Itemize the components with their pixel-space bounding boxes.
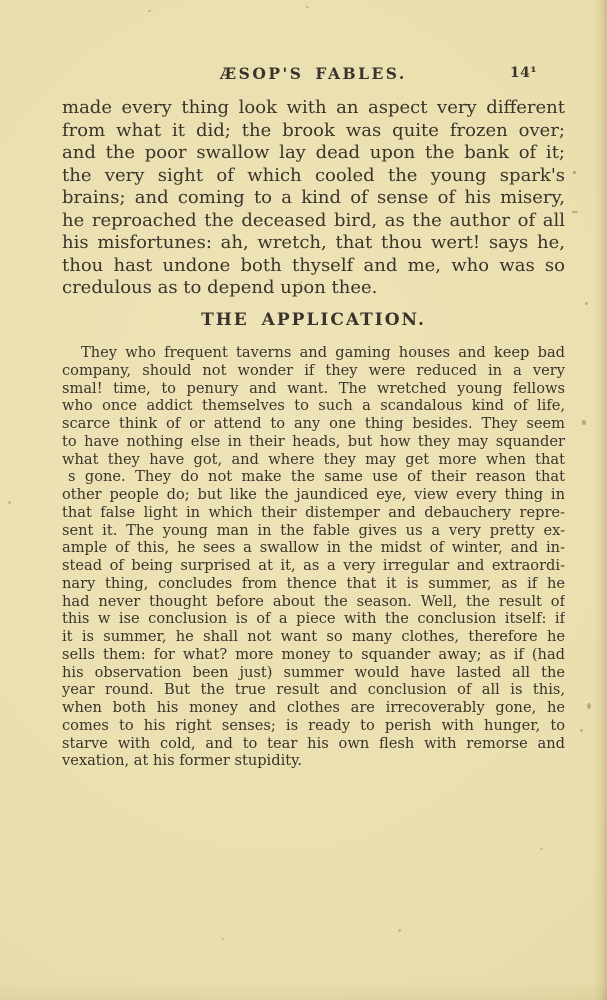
text-line: brains; and coming to a kind of sense of… [62, 187, 565, 210]
text-line: vexation, at his former stupidity. [62, 752, 565, 770]
text-line: had never thought before about the seaso… [62, 593, 565, 611]
paper-speck [300, 281, 302, 283]
text-line: this w ise conclusion is of a piece with… [62, 610, 565, 628]
text-line: year round. But the true result and conc… [62, 681, 565, 699]
paper-speck [148, 10, 151, 12]
text-line: he reproached the deceased bird, as the … [62, 210, 565, 233]
text-line: credulous as to depend upon thee. [62, 277, 565, 300]
text-line: it is summer, he shall not want so many … [62, 628, 565, 646]
page-edge-shadow-bottom [0, 982, 607, 1000]
text-line: scarce think of or attend to any one thi… [62, 415, 565, 433]
paper-speck [572, 211, 578, 213]
text-line: s gone. They do not make the same use of… [62, 468, 565, 486]
text-line: from what it did; the brook was quite fr… [62, 120, 565, 143]
text-line: thou hast undone both thyself and me, wh… [62, 255, 565, 278]
application-paragraph: They who frequent taverns and gaming hou… [62, 344, 565, 770]
paper-speck [587, 703, 591, 709]
paper-speck [582, 420, 586, 425]
text-line: that false light in which their distempe… [62, 504, 565, 522]
text-line: the very sight of which cooled the young… [62, 165, 565, 188]
paper-speck [573, 171, 576, 174]
text-line: when both his money and clothes are irre… [62, 699, 565, 717]
text-line: to have nothing else in their heads, but… [62, 433, 565, 451]
paper-speck [580, 729, 583, 732]
paper-speck [90, 560, 92, 562]
book-page: ÆSOP'S FABLES. 14¹ made every thing look… [0, 0, 607, 1000]
paper-speck [540, 848, 543, 850]
text-line: other people do; but like the jaundiced … [62, 486, 565, 504]
text-line: who once addict themselves to such a sca… [62, 397, 565, 415]
text-line: starve with cold, and to tear his own fl… [62, 735, 565, 753]
text-line: and the poor swallow lay dead upon the b… [62, 142, 565, 165]
text-line: sells them: for what? more money to squa… [62, 646, 565, 664]
fable-conclusion-paragraph: made every thing look with an aspect ver… [62, 97, 565, 300]
text-line: his misfortunes: ah, wretch, that thou w… [62, 232, 565, 255]
text-line: smal! time, to penury and want. The wret… [62, 380, 565, 398]
text-line: stead of being surprised at it, as a ver… [62, 557, 565, 575]
text-line: They who frequent taverns and gaming hou… [62, 344, 565, 362]
text-line: what they have got, and where they may g… [62, 451, 565, 469]
text-line: comes to his right senses; is ready to p… [62, 717, 565, 735]
text-line: company, should not wonder if they were … [62, 362, 565, 380]
paper-speck [222, 938, 224, 940]
text-line: sent it. The young man in the fable give… [62, 522, 565, 540]
paper-speck [306, 6, 309, 8]
running-head: ÆSOP'S FABLES. 14¹ [62, 64, 565, 86]
paper-speck [585, 302, 588, 305]
running-head-title: ÆSOP'S FABLES. [220, 64, 407, 83]
text-line: nary thing, concludes from thence that i… [62, 575, 565, 593]
page-edge-shadow-right [593, 0, 607, 1000]
text-line: his observation been just) summer would … [62, 664, 565, 682]
paper-speck [398, 929, 401, 932]
text-line: made every thing look with an aspect ver… [62, 97, 565, 120]
paper-speck [8, 501, 11, 504]
page-number: 14¹ [510, 65, 537, 81]
text-line: ample of this, he sees a swallow in the … [62, 539, 565, 557]
application-heading: THE APPLICATION. [62, 310, 565, 330]
